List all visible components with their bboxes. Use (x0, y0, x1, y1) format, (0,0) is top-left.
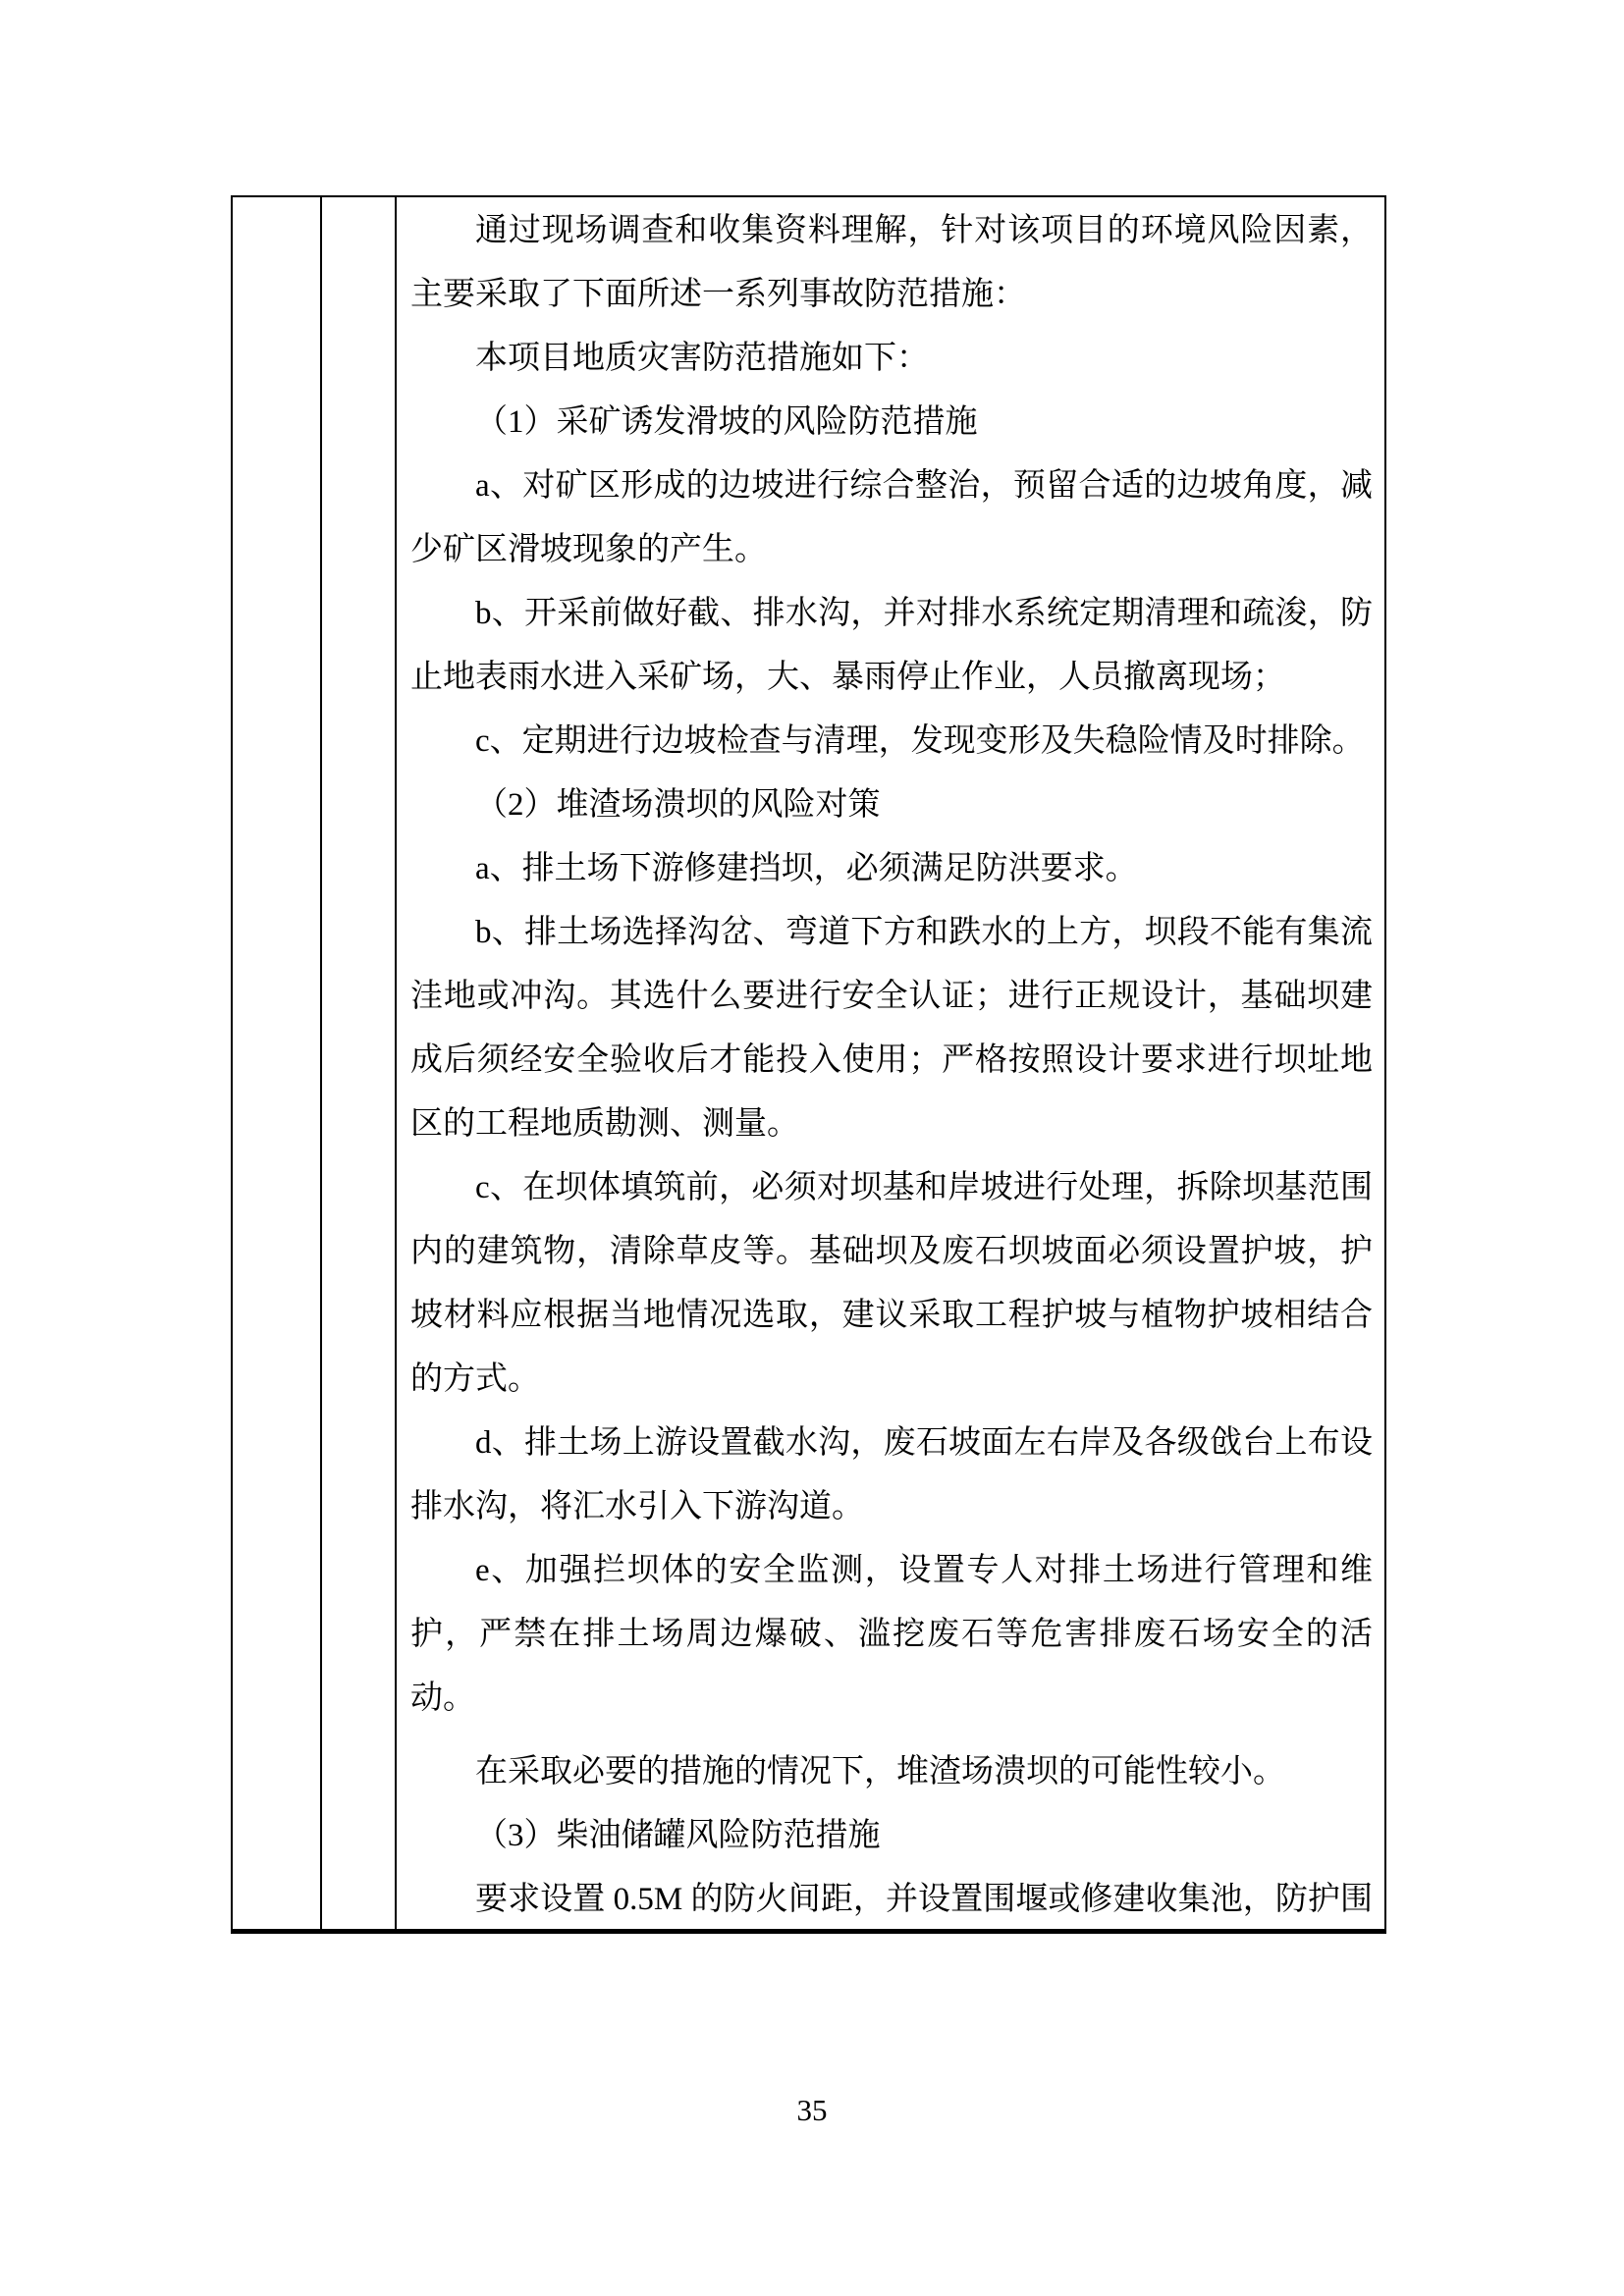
paragraph: （3）柴油储罐风险防范措施 (410, 1804, 1373, 1868)
paragraph: c、在坝体填筑前，必须对坝基和岸坡进行处理，拆除坝基范围内的建筑物，清除草皮等。… (410, 1156, 1373, 1412)
paragraph: a、排土场下游修建挡坝，必须满足防洪要求。 (410, 837, 1373, 901)
paragraph: （2）堆渣场溃坝的风险对策 (410, 774, 1373, 837)
paragraph: （1）采矿诱发滑坡的风险防范措施 (410, 391, 1373, 454)
paragraph: 在采取必要的措施的情况下，堆渣场溃坝的可能性较小。 (410, 1740, 1373, 1804)
paragraph: a、对矿区形成的边坡进行综合整治，预留合适的边坡角度，减少矿区滑坡现象的产生。 (410, 454, 1373, 582)
paragraph: c、定期进行边坡检查与清理，发现变形及失稳险情及时排除。 (410, 710, 1373, 774)
table-cell-left-empty (233, 197, 322, 1929)
paragraph: b、开采前做好截、排水沟，并对排水系统定期清理和疏浚，防止地表雨水进入采矿场，大… (410, 582, 1373, 710)
paragraph: b、排土场选择沟岔、弯道下方和跌水的上方，坝段不能有集流洼地或冲沟。其选什么要进… (410, 901, 1373, 1156)
paragraph: 本项目地质灾害防范措施如下： (410, 327, 1373, 391)
page-number: 35 (0, 2093, 1624, 2128)
table-cell-content: 通过现场调查和收集资料理解，针对该项目的环境风险因素，主要采取了下面所述一系列事… (397, 197, 1384, 1929)
paragraph: 要求设置 0.5M 的防火间距，并设置围堰或修建收集池，防护围堰应采用不燃烧实体… (410, 1868, 1373, 1929)
paragraph: d、排土场上游设置截水沟，废石坡面左右岸及各级戗台上布设排水沟，将汇水引入下游沟… (410, 1412, 1373, 1539)
content-table: 通过现场调查和收集资料理解，针对该项目的环境风险因素，主要采取了下面所述一系列事… (231, 195, 1386, 1934)
paragraph: 通过现场调查和收集资料理解，针对该项目的环境风险因素，主要采取了下面所述一系列事… (410, 199, 1373, 327)
document-page: 通过现场调查和收集资料理解，针对该项目的环境风险因素，主要采取了下面所述一系列事… (0, 0, 1624, 2296)
table-cell-middle-empty (322, 197, 397, 1929)
paragraph: e、加强拦坝体的安全监测，设置专人对排土场进行管理和维护，严禁在排土场周边爆破、… (410, 1539, 1373, 1731)
